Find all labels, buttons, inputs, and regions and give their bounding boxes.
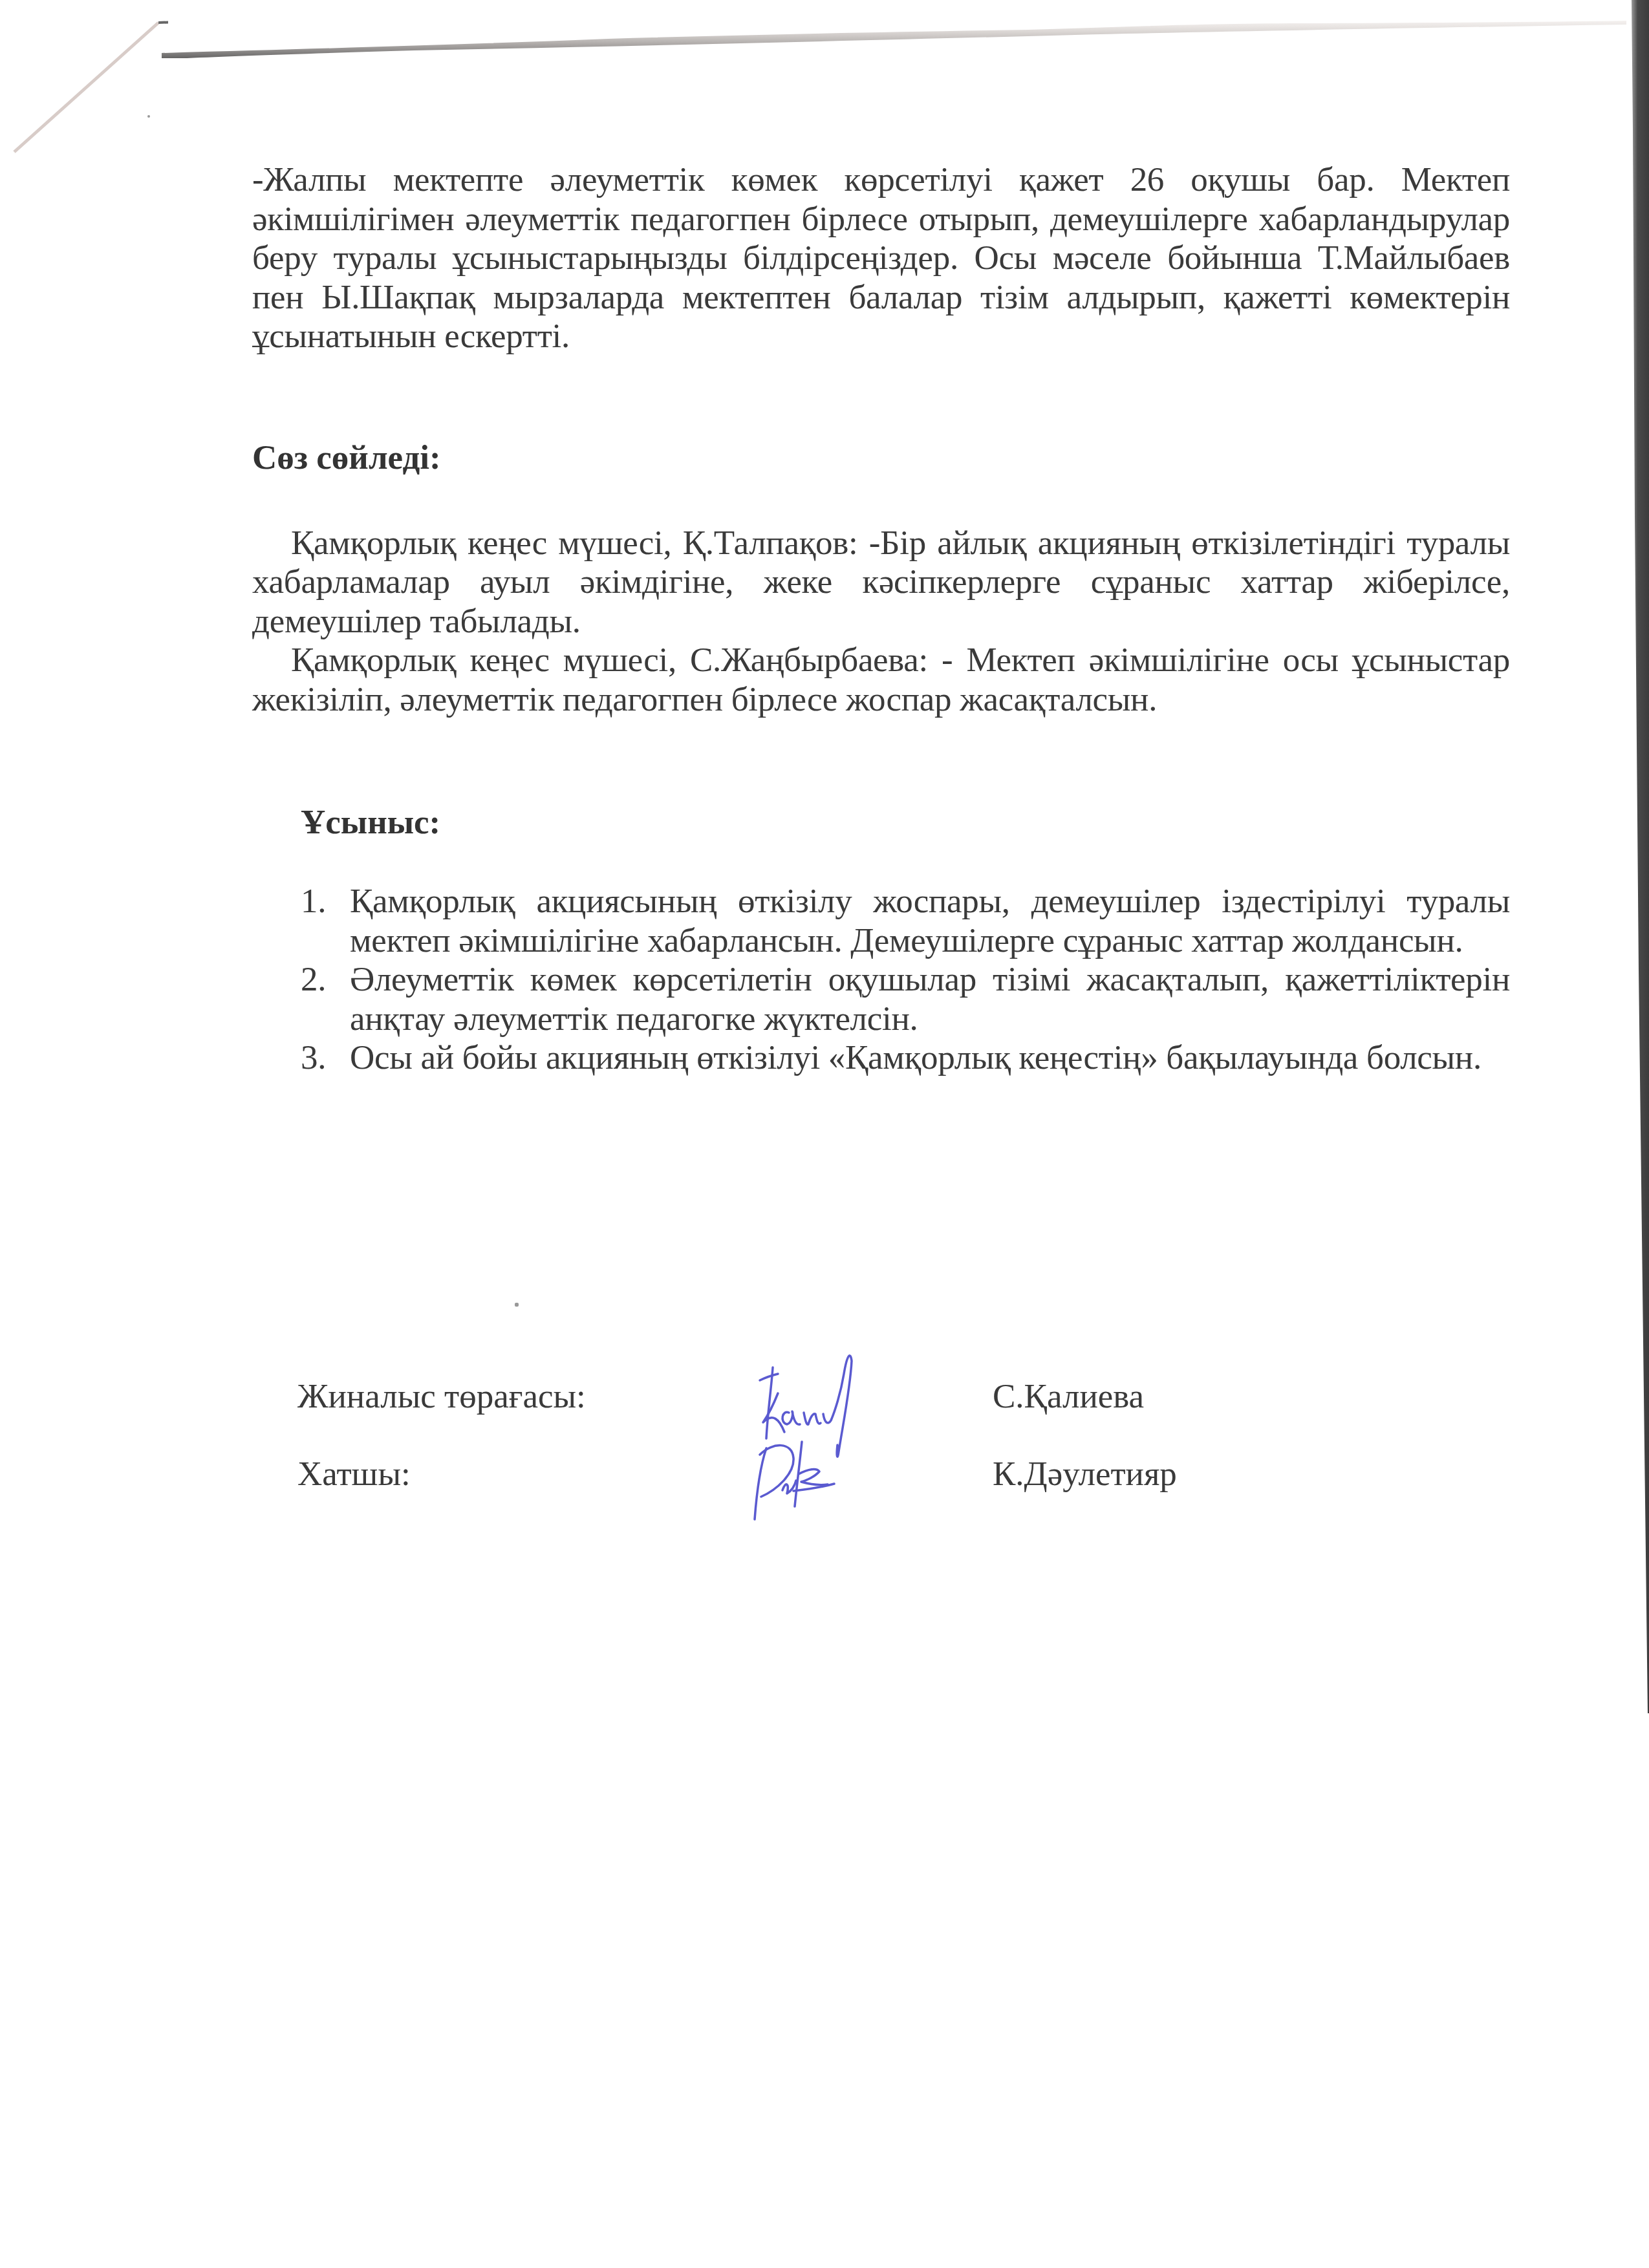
signatory-name: С.Қалиева (993, 1377, 1144, 1416)
signature-row-secretary: Хатшы: К.Дәулетияр (297, 1455, 1267, 1532)
handwritten-signature-icon (747, 1429, 876, 1532)
proposal-item: 2. Әлеуметтік көмек көрсетілетін оқушыла… (301, 960, 1510, 1038)
proposal-text: Әлеуметтік көмек көрсетілетін оқушылар т… (350, 961, 1510, 1038)
intro-paragraph: -Жалпы мектепте әлеуметтік көмек көрсеті… (252, 160, 1510, 356)
signature-role: Хатшы: (297, 1455, 411, 1493)
scan-left-edge-fold (0, 0, 168, 168)
scan-right-edge-shadow (1630, 0, 1649, 1713)
speaker-statement: Қамқорлық кеңес мүшесі, Қ.Талпақов: -Бір… (252, 524, 1510, 641)
proposal-number: 1. (301, 882, 326, 921)
proposal-item: 3. Осы ай бойы акцияның өткізілуі «Қамқо… (301, 1038, 1510, 1078)
proposal-number: 2. (301, 960, 326, 1000)
scan-speck (515, 1303, 519, 1307)
signature-role: Жиналыс төрағасы: (297, 1377, 586, 1416)
proposal-text: Қамқорлық акциясының өткізілу жоспары, д… (350, 883, 1510, 959)
speaker-statement: Қамқорлық кеңес мүшесі, С.Жаңбырбаева: -… (252, 641, 1510, 719)
speakers-heading: Сөз сөйледі: (252, 438, 1510, 477)
scan-speck (147, 115, 150, 118)
signature-block: Жиналыс төрағасы: С.Қалиева Хатшы: (297, 1377, 1267, 1532)
proposal-heading: Ұсыныс: (301, 803, 1510, 842)
document-body: -Жалпы мектепте әлеуметтік көмек көрсеті… (252, 160, 1510, 1078)
signatory-name: К.Дәулетияр (993, 1455, 1177, 1493)
scan-top-edge-shadow (155, 19, 1630, 58)
proposal-text: Осы ай бойы акцияның өткізілуі «Қамқорлы… (350, 1039, 1482, 1076)
proposal-list: 1. Қамқорлық акциясының өткізілу жоспары… (252, 882, 1510, 1078)
proposal-number: 3. (301, 1038, 326, 1078)
proposal-item: 1. Қамқорлық акциясының өткізілу жоспары… (301, 882, 1510, 960)
speakers-section: Қамқорлық кеңес мүшесі, Қ.Талпақов: -Бір… (252, 524, 1510, 720)
